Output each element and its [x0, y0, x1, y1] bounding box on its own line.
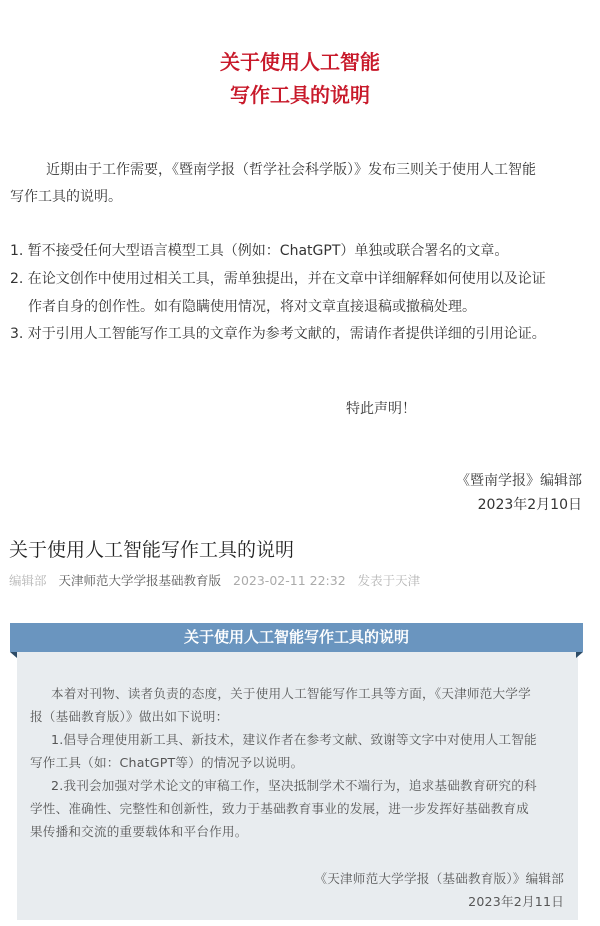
article-author: 编辑部	[9, 573, 47, 588]
notice2-line-6: 学性、准确性、完整性和创新性，致力于基础教育事业的发展，进一步发挥好基础教育成	[30, 798, 529, 817]
notice1-title-line1: 关于使用人工智能	[0, 46, 600, 78]
notice1-declaration: 特此声明！	[346, 398, 416, 418]
notice1-signature: 《暨南学报》编辑部	[456, 470, 582, 490]
notice2-line-7: 果传播和交流的重要载体和平台作用。	[30, 821, 248, 840]
notice2-line-3: 1.倡导合理使用新工具、新技术，建议作者在参考文献、致谢等文字中对使用人工智能	[51, 729, 537, 748]
notice2-signature: 《天津师范大学学报（基础教育版）》编辑部	[314, 868, 564, 887]
article-datetime: 2023-02-11 22:32	[233, 573, 346, 588]
notice2-line-4: 写作工具（如：ChatGPT等）的情况予以说明。	[30, 752, 303, 771]
notice1-item-2-cont: 作者自身的创作性。如有隐瞒使用情况，将对文章直接退稿或撤稿处理。	[28, 296, 476, 316]
notice1-title-line2: 写作工具的说明	[0, 79, 600, 111]
banner-fold-left	[10, 652, 17, 658]
article-source-link[interactable]: 天津师范大学学报基础教育版	[59, 573, 222, 588]
notice1-date: 2023年2月10日	[478, 494, 582, 514]
notice1-item-1: 1. 暂不接受任何大型语言模型工具（例如：ChatGPT）单独或联合署名的文章。	[10, 240, 508, 260]
article-meta: 编辑部 天津师范大学学报基础教育版 2023-02-11 22:32 发表于天津	[9, 571, 428, 589]
notice2-date: 2023年2月11日	[468, 891, 564, 910]
notice2-line-5: 2.我刊会加强对学术论文的审稿工作，坚决抵制学术不端行为，追求基础教育研究的科	[51, 775, 537, 794]
article-location: 发表于天津	[358, 573, 421, 588]
banner-fold-right	[576, 652, 583, 658]
article-title: 关于使用人工智能写作工具的说明	[9, 535, 294, 562]
notice2-line-1: 本着对刊物、读者负责的态度，关于使用人工智能写作工具等方面，《天津师范大学学	[51, 683, 531, 702]
notice2-banner-title: 关于使用人工智能写作工具的说明	[10, 623, 583, 652]
notice2-line-2: 报（基础教育版）》做出如下说明：	[30, 706, 228, 725]
notice1-intro-line1: 近期由于工作需要，《暨南学报（哲学社会科学版）》发布三则关于使用人工智能	[46, 159, 536, 179]
notice1-intro-line2: 写作工具的说明。	[10, 186, 122, 206]
notice1-item-2: 2. 在论文创作中使用过相关工具，需单独提出，并在文章中详细解释如何使用以及论证	[10, 268, 546, 288]
notice1-item-3: 3. 对于引用人工智能写作工具的文章作为参考文献的，需请作者提供详细的引用论证。	[10, 323, 546, 343]
